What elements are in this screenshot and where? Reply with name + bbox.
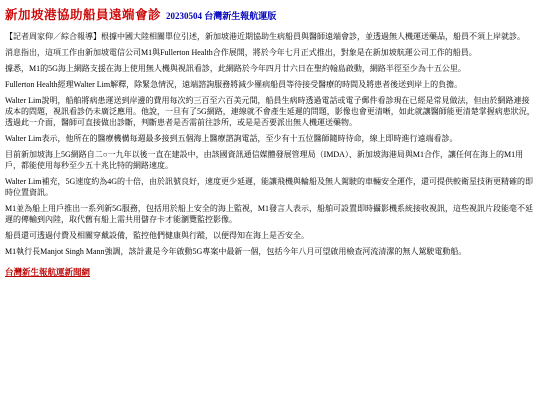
article-body: 【記者周家仰／綜合報導】根據中國大陸相關單位引述，新加坡港近期協助生病船員與醫師… bbox=[5, 31, 535, 257]
edition-label: 20230504 台灣新生報航運版 bbox=[166, 11, 276, 21]
article-paragraph: M1並為船上用戶推出一系列新5G服務，包括用於船上安全的海上監視，M1發言人表示… bbox=[5, 203, 535, 225]
article-paragraph: Walter Lim表示，他所在的醫療機構每週最多接到五個海上醫療諮詢電話，至少… bbox=[5, 133, 535, 144]
article-paragraph: 據悉，M1的5G海上網路支援在海上使用無人機與視訊看診，此網路於今年四月廿六日在… bbox=[5, 63, 535, 74]
source-link[interactable]: 台灣新生報航運新聞網 bbox=[5, 266, 90, 278]
headline-row: 新加坡港協助船員遠端會診20230504 台灣新生報航運版 bbox=[5, 5, 535, 24]
article-paragraph: Walter Lim補充，5G速度約為4G的十倍，由於訊號良好，速度更少延遲，能… bbox=[5, 176, 535, 198]
article-paragraph: M1執行長Manjot Singh Mann強調，該計畫是今年啟動5G專案中最新… bbox=[5, 246, 535, 257]
article-paragraph: Fullerton Health經理Walter Lim解釋，除緊急情況，遠端諮… bbox=[5, 79, 535, 90]
article-paragraph: 【記者周家仰／綜合報導】根據中國大陸相關單位引述，新加坡港近期協助生病船員與醫師… bbox=[5, 31, 535, 42]
article-page: 新加坡港協助船員遠端會診20230504 台灣新生報航運版 【記者周家仰／綜合報… bbox=[0, 0, 540, 405]
article-paragraph: 消息指出，這項工作由新加坡電信公司M1與Fullerton Health合作展開… bbox=[5, 47, 535, 58]
page-title: 新加坡港協助船員遠端會診 bbox=[5, 8, 161, 22]
article-paragraph: 目前新加坡海上5G網路自二○一九年以後一直在建設中，由該國資訊通信媒體發展管理局… bbox=[5, 149, 535, 171]
article-paragraph: Walter Lim說明，船舶將病患運送到岸邊的費用每次約三百至六百美元間，船員… bbox=[5, 95, 535, 128]
article-paragraph: 船員還可透過付費及相關穿戴設備，監控他們健康與行蹤，以便得知在海上是否安全。 bbox=[5, 230, 535, 241]
